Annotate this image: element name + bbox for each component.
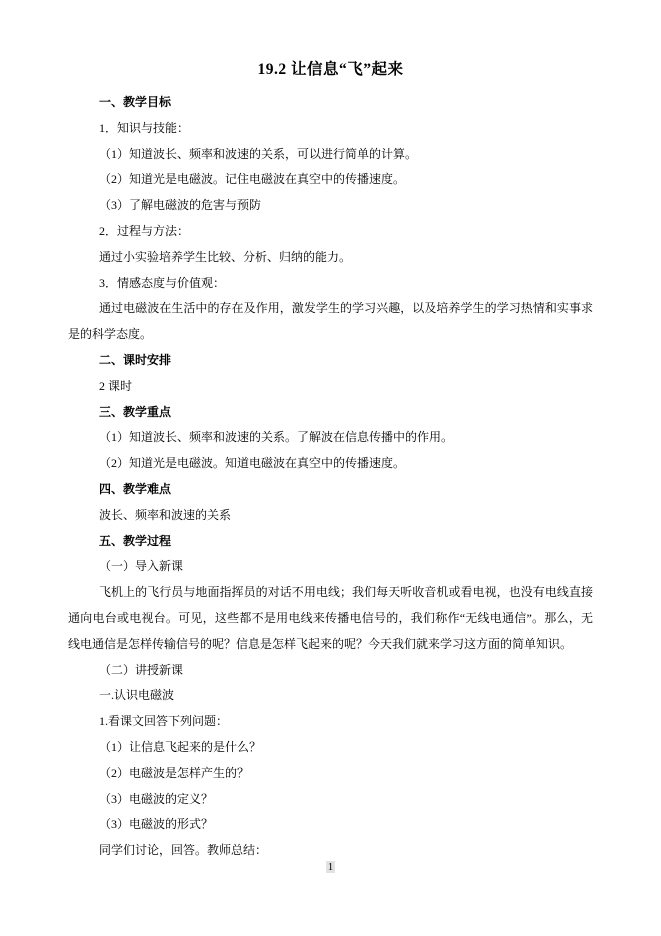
line-objective-item-1: （1）知道波长、频率和波速的关系，可以进行简单的计算。 (68, 142, 593, 168)
line-lesson-intro: （一）导入新课 (68, 554, 593, 580)
line-difficulty-desc: 波长、频率和波速的关系 (68, 503, 593, 529)
line-new-lesson: （二）讲授新课 (68, 658, 593, 684)
line-knowledge-skills: 1．知识与技能： (68, 116, 593, 142)
line-know-em-waves: 一.认识电磁波 (68, 683, 593, 709)
heading-teaching-difficulty: 四、教学难点 (68, 477, 593, 503)
line-class-hours: 2 课时 (68, 374, 593, 400)
line-process-methods: 2．过程与方法： (68, 219, 593, 245)
line-emotion-values: 3．情感态度与价值观： (68, 271, 593, 297)
document-page: 19.2 让信息“飞”起来 一、教学目标 1．知识与技能： （1）知道波长、频率… (0, 0, 661, 936)
heading-teaching-process: 五、教学过程 (68, 529, 593, 555)
line-question-item-2: （2）电磁波是怎样产生的？ (68, 761, 593, 787)
footer-page-number: 1 (326, 861, 336, 873)
heading-class-schedule: 二、课时安排 (68, 348, 593, 374)
paragraph-intro-text: 飞机上的飞行员与地面指挥员的对话不用电线；我们每天听收音机或看电视，也没有电线直… (68, 580, 593, 657)
line-objective-item-3: （3）了解电磁波的危害与预防 (68, 193, 593, 219)
page-title: 19.2 让信息“飞”起来 (68, 57, 593, 83)
line-question-item-3: （3）电磁波的定义？ (68, 787, 593, 813)
line-objective-item-2: （2）知道光是电磁波。记住电磁波在真空中的传播速度。 (68, 167, 593, 193)
line-question-item-4: （3）电磁波的形式？ (68, 812, 593, 838)
document-body: 19.2 让信息“飞”起来 一、教学目标 1．知识与技能： （1）知道波长、频率… (68, 57, 593, 864)
line-question-item-1: （1）让信息飞起来的是什么？ (68, 735, 593, 761)
page-footer: 1 (0, 859, 661, 875)
line-questions-prompt: 1.看课文回答下列问题： (68, 709, 593, 735)
heading-teaching-objectives: 一、教学目标 (68, 90, 593, 116)
heading-teaching-focus: 三、教学重点 (68, 400, 593, 426)
line-focus-item-2: （2）知道光是电磁波。知道电磁波在真空中的传播速度。 (68, 451, 593, 477)
line-process-desc: 通过小实验培养学生比较、分析、归纳的能力。 (68, 245, 593, 271)
paragraph-emotion-desc: 通过电磁波在生活中的存在及作用，激发学生的学习兴趣，以及培养学生的学习热情和实事… (68, 296, 593, 348)
line-focus-item-1: （1）知道波长、频率和波速的关系。了解波在信息传播中的作用。 (68, 425, 593, 451)
